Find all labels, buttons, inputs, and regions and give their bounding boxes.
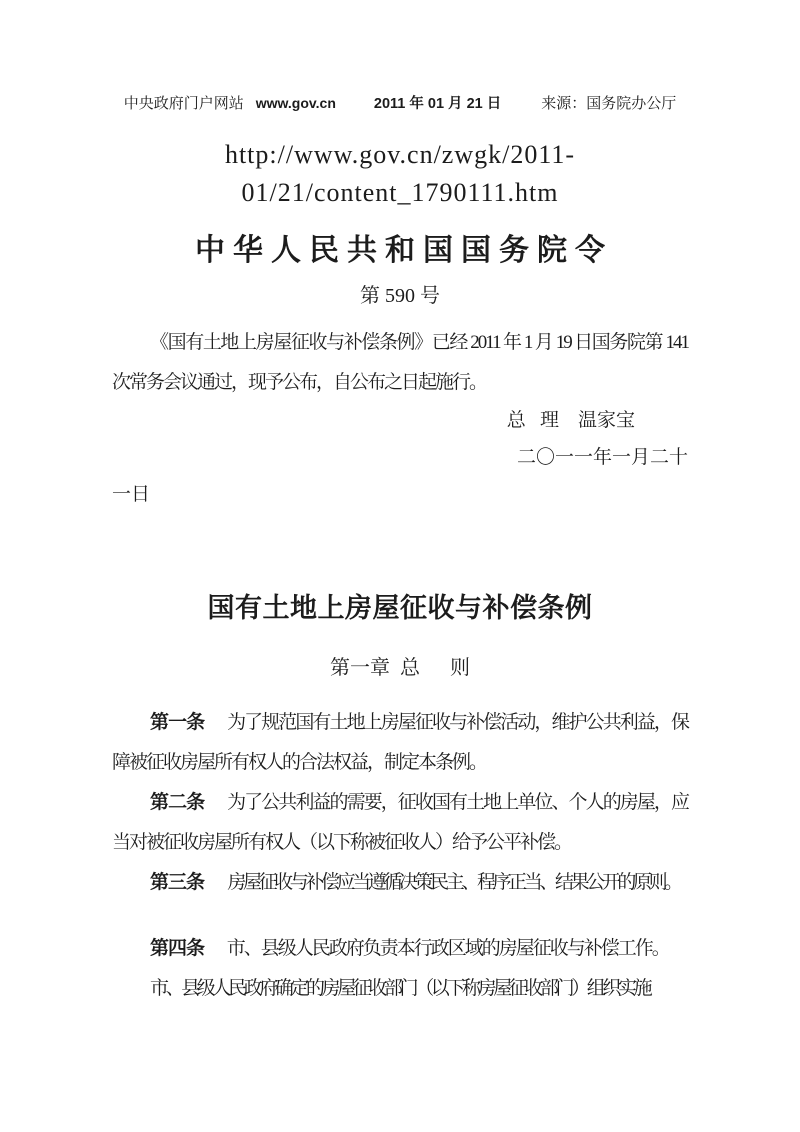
article-url: http://www.gov.cn/zwgk/2011- 01/21/conte… bbox=[112, 136, 688, 212]
site-url: www.gov.cn bbox=[256, 93, 336, 113]
decree-date-line1: 二〇一一年一月二十 bbox=[112, 439, 688, 477]
decree-date-line2: 一日 bbox=[112, 477, 688, 513]
decree-number: 第 590 号 bbox=[112, 282, 688, 310]
chapter-heading: 第一章 总 则 bbox=[112, 654, 688, 682]
header-meta: 中央政府门户网站 www.gov.cn 2011 年 01 月 21 日 来源：… bbox=[112, 93, 688, 114]
article-3-text: 房屋征收与补偿应当遵循决策民主、程序正当、结果公开的原则。 bbox=[227, 872, 679, 893]
article-3-label: 第三条 bbox=[150, 872, 204, 893]
regulation-title: 国有土地上房屋征收与补偿条例 bbox=[112, 586, 688, 630]
signature-line: 总 理 温家宝 bbox=[112, 403, 688, 439]
article-url-line2: 01/21/content_1790111.htm bbox=[112, 174, 688, 212]
document-page: 中央政府门户网站 www.gov.cn 2011 年 01 月 21 日 来源：… bbox=[0, 0, 800, 1132]
decree-body-paragraph: 《国有土地上房屋征收与补偿条例》已经 2011 年 1 月 19 日国务院第 1… bbox=[112, 323, 688, 403]
document-content: 中央政府门户网站 www.gov.cn 2011 年 01 月 21 日 来源：… bbox=[0, 93, 800, 1009]
article-url-line1: http://www.gov.cn/zwgk/2011- bbox=[112, 136, 688, 174]
article-2-paragraph: 第二条 为了公共利益的需要，征收国有土地上单位、个人的房屋，应当对被征收房屋所有… bbox=[112, 783, 688, 863]
article-3-paragraph: 第三条 房屋征收与补偿应当遵循决策民主、程序正当、结果公开的原则。 bbox=[112, 863, 688, 903]
article-4-text: 市、县级人民政府负责本行政区域的房屋征收与补偿工作。 bbox=[227, 938, 669, 959]
site-name: 中央政府门户网站 bbox=[124, 94, 244, 114]
article-1-paragraph: 第一条 为了规范国有土地上房屋征收与补偿活动，维护公共利益，保障被征收房屋所有权… bbox=[112, 703, 688, 783]
article-4-paragraph: 第四条 市、县级人民政府负责本行政区域的房屋征收与补偿工作。 bbox=[112, 929, 688, 969]
decree-title: 中华人民共和国国务院令 bbox=[112, 230, 688, 272]
publish-date: 2011 年 01 月 21 日 bbox=[374, 94, 501, 114]
article-4-continuation: 市、县级人民政府确定的房屋征收部门（以下称房屋征收部门）组织实施 bbox=[112, 969, 688, 1009]
article-2-label: 第二条 bbox=[150, 792, 204, 813]
source-label: 来源：国务院办公厅 bbox=[541, 94, 676, 114]
article-4-label: 第四条 bbox=[150, 938, 204, 959]
article-1-label: 第一条 bbox=[150, 712, 204, 733]
